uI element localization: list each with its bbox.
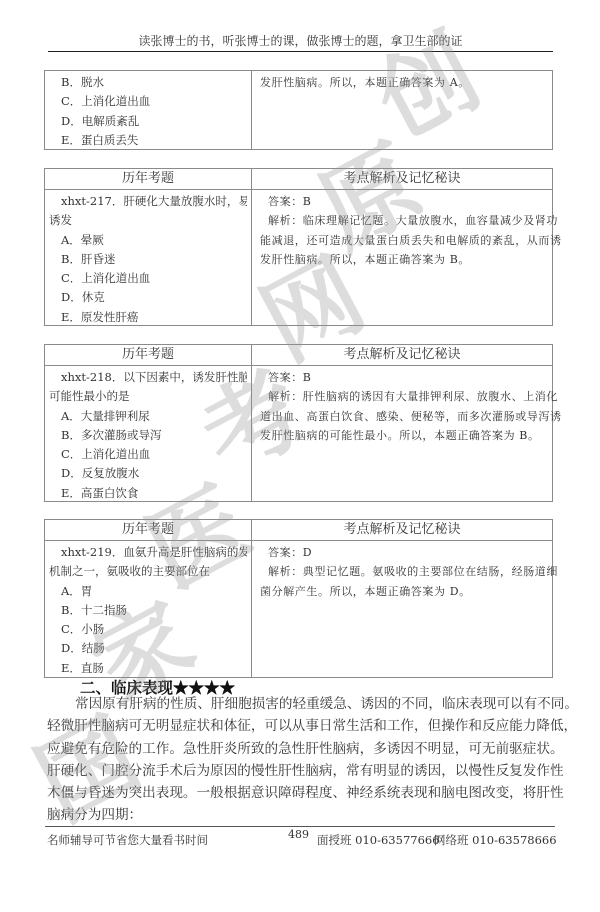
footer-tagline: 名师辅导可节省您大量看书时间 bbox=[47, 832, 208, 848]
option-c: C．小肠 bbox=[49, 620, 247, 639]
header-past-questions: 历年考题 bbox=[45, 345, 252, 365]
option-d: D．电解质紊乱 bbox=[49, 112, 247, 131]
question-cell: xhxt-219．血氨升高是肝性脑病的发病 机制之一，氨吸收的主要部位在 A．胃… bbox=[45, 541, 252, 678]
analysis-cell: 答案：B 解析：临床理解记忆题。大量放腹水，血容量减少及肾功 能减退，还可造成大… bbox=[252, 190, 568, 326]
analysis-line: 解析：典型记忆题。氨吸收的主要部位在结肠，经肠道细 bbox=[260, 562, 558, 581]
paragraph-line: 轻微肝性脑病可无明显症状和体征，可以从事日常生活和工作，但操作和反应能力降低， bbox=[47, 715, 555, 737]
header-slogan: 读张博士的书，听张博士的课，做张博士的题，拿卫生部的证 bbox=[138, 34, 462, 48]
paragraph-line: 肝硬化、门腔分流手术后为原因的慢性肝性脑病，常有明显的诱因，以慢性反复发作性 bbox=[47, 760, 555, 782]
option-a: A．胃 bbox=[49, 582, 247, 601]
option-c: C．上消化道出血 bbox=[49, 92, 247, 111]
answer: 答案：B bbox=[260, 192, 562, 211]
header-analysis: 考点解析及记忆秘诀 bbox=[252, 520, 552, 540]
analysis-cell: 答案：D 解析：典型记忆题。氨吸收的主要部位在结肠，经肠道细 菌分解产生。所以，… bbox=[252, 541, 564, 678]
paragraph-line: 脑病分为四期： bbox=[47, 804, 555, 826]
option-c: C．上消化道出血 bbox=[49, 269, 247, 288]
answer: 答案：B bbox=[260, 368, 562, 387]
option-b: B．多次灌肠或导泻 bbox=[49, 426, 247, 445]
option-b: B．肝昏迷 bbox=[49, 250, 247, 269]
analysis-line: 发肝性脑病。所以，本题正确答案为 B。 bbox=[260, 250, 562, 269]
qa-table-xhxt-219: 历年考题 考点解析及记忆秘诀 xhxt-219．血氨升高是肝性脑病的发病 机制之… bbox=[44, 519, 553, 678]
option-a: A．晕厥 bbox=[49, 231, 247, 250]
question-cell: xhxt-218．以下因素中，诱发肝性脑病 可能性最小的是 A．大量排钾利尿 B… bbox=[45, 366, 252, 502]
header-past-questions: 历年考题 bbox=[45, 520, 252, 540]
page-footer: 名师辅导可节省您大量看书时间 489 面授班 010-63577666 网络班 … bbox=[45, 826, 555, 847]
question-cell: xhxt-217．肝硬化大量放腹水时，易于 诱发 A．晕厥 B．肝昏迷 C．上消… bbox=[45, 190, 252, 326]
analysis-line: 解析：肝性脑病的诱因有大量排钾利尿、放腹水、上消化 bbox=[260, 387, 562, 406]
question-text: xhxt-217．肝硬化大量放腹水时，易于 bbox=[49, 192, 247, 211]
option-d: D．结肠 bbox=[49, 639, 247, 658]
question-text-cont: 诱发 bbox=[49, 211, 247, 230]
question-options: B．脱水 C．上消化道出血 D．电解质紊乱 E．蛋白质丢失 bbox=[45, 71, 252, 149]
analysis-line: 解析：临床理解记忆题。大量放腹水，血容量减少及肾功 bbox=[260, 211, 562, 230]
question-text: xhxt-218．以下因素中，诱发肝性脑病 bbox=[49, 368, 247, 387]
paragraph-line: 木僵与昏迷为突出表现。一般根据意识障碍程度、神经系统表现和脑电图改变，将肝性 bbox=[47, 782, 555, 804]
paragraph-line: 应避免有危险的工作。急性肝炎所致的急性肝性脑病，多诱因不明显，可无前驱症状。 bbox=[47, 738, 555, 760]
analysis-line: 发肝性脑病。所以，本题正确答案为 A。 bbox=[260, 73, 546, 92]
analysis-cell: 发肝性脑病。所以，本题正确答案为 A。 bbox=[252, 71, 552, 149]
section-body: 常因原有肝病的性质、肝细胞损害的轻重缓急、诱因的不同，临床表现可以有不同。 轻微… bbox=[47, 693, 555, 827]
footer-online-class: 网络班 010-63578666 bbox=[434, 832, 557, 848]
option-d: D．反复放腹水 bbox=[49, 464, 247, 483]
question-text-cont: 机制之一，氨吸收的主要部位在 bbox=[49, 562, 247, 581]
question-text-cont: 可能性最小的是 bbox=[49, 387, 247, 406]
option-e: E．直肠 bbox=[49, 659, 247, 678]
option-d: D．休克 bbox=[49, 288, 247, 307]
option-c: C．上消化道出血 bbox=[49, 445, 247, 464]
answer: 答案：D bbox=[260, 543, 558, 562]
header-analysis: 考点解析及记忆秘诀 bbox=[252, 345, 552, 365]
header-past-questions: 历年考题 bbox=[45, 169, 252, 189]
analysis-line: 菌分解产生。所以，本题正确答案为 D。 bbox=[260, 582, 558, 601]
page-number: 489 bbox=[288, 828, 309, 841]
analysis-cell: 答案：B 解析：肝性脑病的诱因有大量排钾利尿、放腹水、上消化 道出血、高蛋白饮食… bbox=[252, 366, 568, 502]
option-a: A．大量排钾利尿 bbox=[49, 407, 247, 426]
question-text: xhxt-219．血氨升高是肝性脑病的发病 bbox=[49, 543, 247, 562]
qa-table-xhxt-217: 历年考题 考点解析及记忆秘诀 xhxt-217．肝硬化大量放腹水时，易于 诱发 … bbox=[44, 168, 553, 326]
option-e: E．蛋白质丢失 bbox=[49, 131, 247, 150]
page-header: 读张博士的书，听张博士的课，做张博士的题，拿卫生部的证 bbox=[48, 33, 553, 52]
option-b: B．脱水 bbox=[49, 73, 247, 92]
option-e: E．原发性肝癌 bbox=[49, 308, 247, 327]
header-analysis: 考点解析及记忆秘诀 bbox=[252, 169, 552, 189]
analysis-line: 能减退，还可造成大量蛋白质丢失和电解质的紊乱，从而诱 bbox=[260, 231, 562, 250]
option-e: E．高蛋白饮食 bbox=[49, 484, 247, 503]
qa-table-continued: B．脱水 C．上消化道出血 D．电解质紊乱 E．蛋白质丢失 发肝性脑病。所以，本… bbox=[44, 70, 553, 150]
analysis-line: 道出血、高蛋白饮食、感染、便秘等，而多次灌肠或导泻诱 bbox=[260, 407, 562, 426]
qa-table-xhxt-218: 历年考题 考点解析及记忆秘诀 xhxt-218．以下因素中，诱发肝性脑病 可能性… bbox=[44, 344, 553, 502]
footer-inperson-class: 面授班 010-63577666 bbox=[317, 832, 440, 848]
analysis-line: 发肝性脑病的可能性最小。所以，本题正确答案为 B。 bbox=[260, 426, 562, 445]
paragraph-line: 常因原有肝病的性质、肝细胞损害的轻重缓急、诱因的不同，临床表现可以有不同。 bbox=[47, 693, 555, 715]
option-b: B．十二指肠 bbox=[49, 601, 247, 620]
